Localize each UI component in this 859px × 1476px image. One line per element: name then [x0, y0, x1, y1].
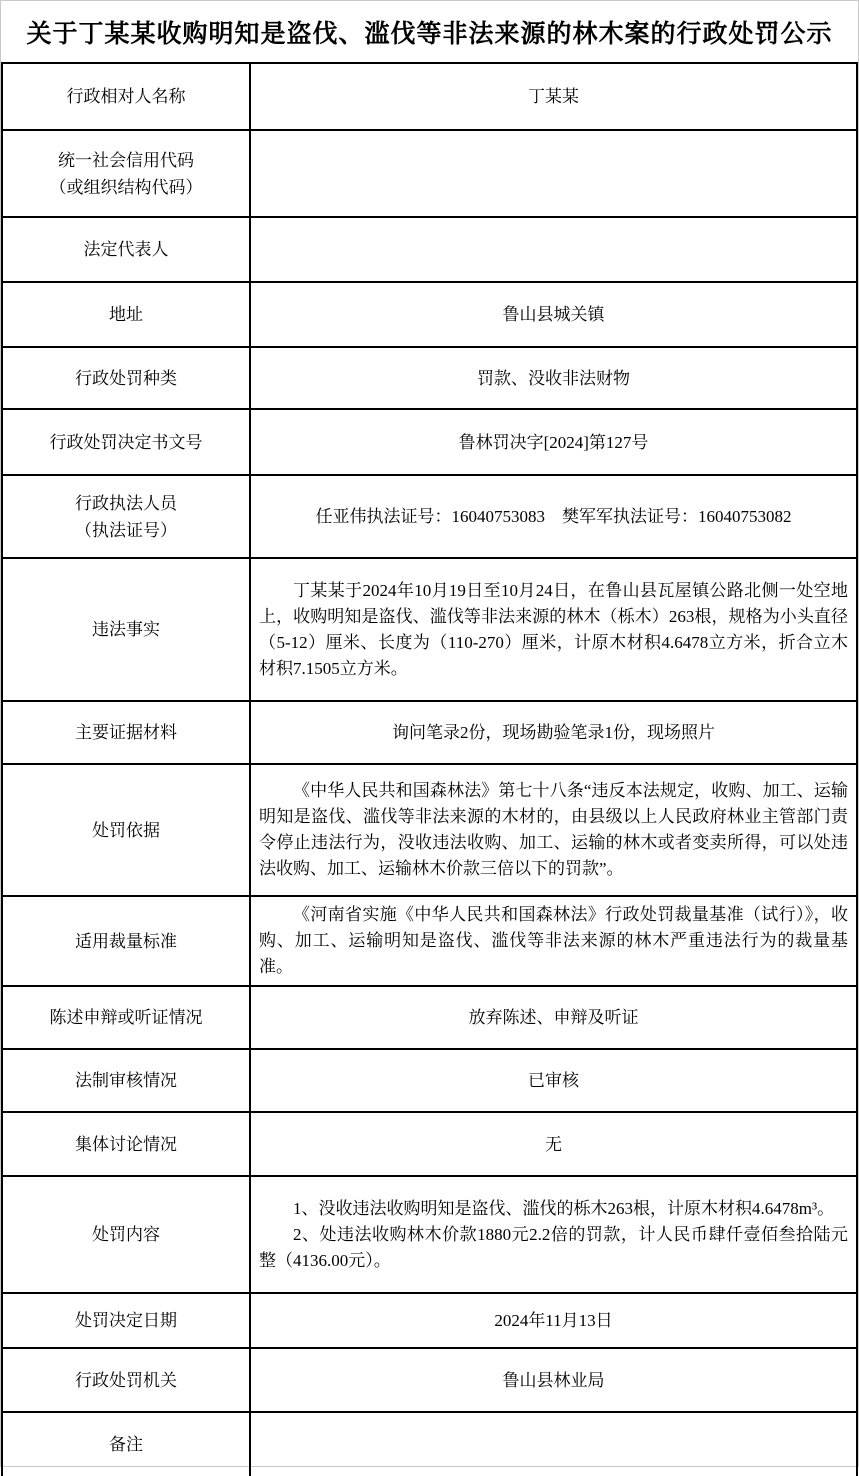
paragraph: 《中华人民共和国森林法》第七十八条“违反本法规定，收购、加工、运输明知是盗伐、滥…	[259, 778, 848, 882]
row-value: 鲁林罚决字[2024]第127号	[251, 410, 856, 474]
row-value: 罚款、没收非法财物	[251, 348, 856, 408]
table-row-decision-date: 处罚决定日期 2024年11月13日	[3, 1294, 856, 1349]
table-row-collective-discussion: 集体讨论情况 无	[3, 1113, 856, 1177]
penalty-table: 行政相对人名称 丁某某 统一社会信用代码 （或组织结构代码） 法定代表人 地址 …	[1, 62, 858, 1476]
penalty-notice-page: 关于丁某某收购明知是盗伐、滥伐等非法来源的林木案的行政处罚公示 行政相对人名称 …	[0, 0, 859, 1467]
paragraph: 丁某某于2024年10月19日至10月24日，在鲁山县瓦屋镇公路北侧一处空地上，…	[259, 578, 848, 682]
row-value	[251, 218, 856, 281]
page-title: 关于丁某某收购明知是盗伐、滥伐等非法来源的林木案的行政处罚公示	[1, 1, 858, 62]
table-row-credit-code: 统一社会信用代码 （或组织结构代码）	[3, 131, 856, 218]
table-row-penalty-content: 处罚内容 1、没收违法收购明知是盗伐、滥伐的栎木263根，计原木材积4.6478…	[3, 1177, 856, 1294]
paragraph: 1、没收违法收购明知是盗伐、滥伐的栎木263根，计原木材积4.6478m³。	[259, 1196, 848, 1222]
row-value: 《中华人民共和国森林法》第七十八条“违反本法规定，收购、加工、运输明知是盗伐、滥…	[251, 765, 856, 895]
table-row-legal-review: 法制审核情况 已审核	[3, 1050, 856, 1113]
table-row-subject-name: 行政相对人名称 丁某某	[3, 64, 856, 131]
row-label: 法制审核情况	[3, 1050, 251, 1111]
row-value: 1、没收违法收购明知是盗伐、滥伐的栎木263根，计原木材积4.6478m³。 2…	[251, 1177, 856, 1292]
paragraph: 《河南省实施《中华人民共和国森林法》行政处罚裁量基准（试行）》，收购、加工、运输…	[259, 902, 848, 980]
row-label: 适用裁量标准	[3, 897, 251, 985]
row-value: 2024年11月13日	[251, 1294, 856, 1347]
row-label: 主要证据材料	[3, 702, 251, 763]
row-value: 任亚伟执法证号：16040753083 樊军军执法证号：16040753082	[251, 476, 856, 557]
row-value	[251, 131, 856, 216]
row-value: 丁某某于2024年10月19日至10月24日，在鲁山县瓦屋镇公路北侧一处空地上，…	[251, 559, 856, 700]
table-row-penalty-authority: 行政处罚机关 鲁山县林业局	[3, 1349, 856, 1413]
table-row-legal-representative: 法定代表人	[3, 218, 856, 283]
row-value: 鲁山县林业局	[251, 1349, 856, 1411]
row-label: 行政处罚种类	[3, 348, 251, 408]
row-label: 地址	[3, 283, 251, 346]
row-label: 处罚决定日期	[3, 1294, 251, 1347]
table-row-evidence: 主要证据材料 询问笔录2份，现场勘验笔录1份，现场照片	[3, 702, 856, 765]
row-value: 《河南省实施《中华人民共和国森林法》行政处罚裁量基准（试行）》，收购、加工、运输…	[251, 897, 856, 985]
row-label: 集体讨论情况	[3, 1113, 251, 1175]
row-value: 丁某某	[251, 64, 856, 129]
row-value: 无	[251, 1113, 856, 1175]
row-label: 处罚依据	[3, 765, 251, 895]
row-value: 放弃陈述、申辩及听证	[251, 987, 856, 1048]
row-label: 行政执法人员 （执法证号）	[3, 476, 251, 557]
table-row-statement-hearing: 陈述申辩或听证情况 放弃陈述、申辩及听证	[3, 987, 856, 1050]
row-value: 询问笔录2份，现场勘验笔录1份，现场照片	[251, 702, 856, 763]
table-row-decision-number: 行政处罚决定书文号 鲁林罚决字[2024]第127号	[3, 410, 856, 476]
table-row-address: 地址 鲁山县城关镇	[3, 283, 856, 348]
row-label: 行政处罚机关	[3, 1349, 251, 1411]
row-label: 陈述申辩或听证情况	[3, 987, 251, 1048]
table-row-illegal-facts: 违法事实 丁某某于2024年10月19日至10月24日，在鲁山县瓦屋镇公路北侧一…	[3, 559, 856, 702]
row-label: 统一社会信用代码 （或组织结构代码）	[3, 131, 251, 216]
row-label: 处罚内容	[3, 1177, 251, 1292]
table-row-discretion-standard: 适用裁量标准 《河南省实施《中华人民共和国森林法》行政处罚裁量基准（试行）》，收…	[3, 897, 856, 987]
row-label: 法定代表人	[3, 218, 251, 281]
row-label: 违法事实	[3, 559, 251, 700]
row-value: 鲁山县城关镇	[251, 283, 856, 346]
paragraph: 2、处违法收购林木价款1880元2.2倍的罚款，计人民币肆仟壹佰叁拾陆元整（41…	[259, 1222, 848, 1274]
row-label: 行政处罚决定书文号	[3, 410, 251, 474]
table-row-enforcement-officers: 行政执法人员 （执法证号） 任亚伟执法证号：16040753083 樊军军执法证…	[3, 476, 856, 559]
table-row-penalty-basis: 处罚依据 《中华人民共和国森林法》第七十八条“违反本法规定，收购、加工、运输明知…	[3, 765, 856, 897]
row-value: 已审核	[251, 1050, 856, 1111]
table-row-penalty-type: 行政处罚种类 罚款、没收非法财物	[3, 348, 856, 410]
row-label: 行政相对人名称	[3, 64, 251, 129]
